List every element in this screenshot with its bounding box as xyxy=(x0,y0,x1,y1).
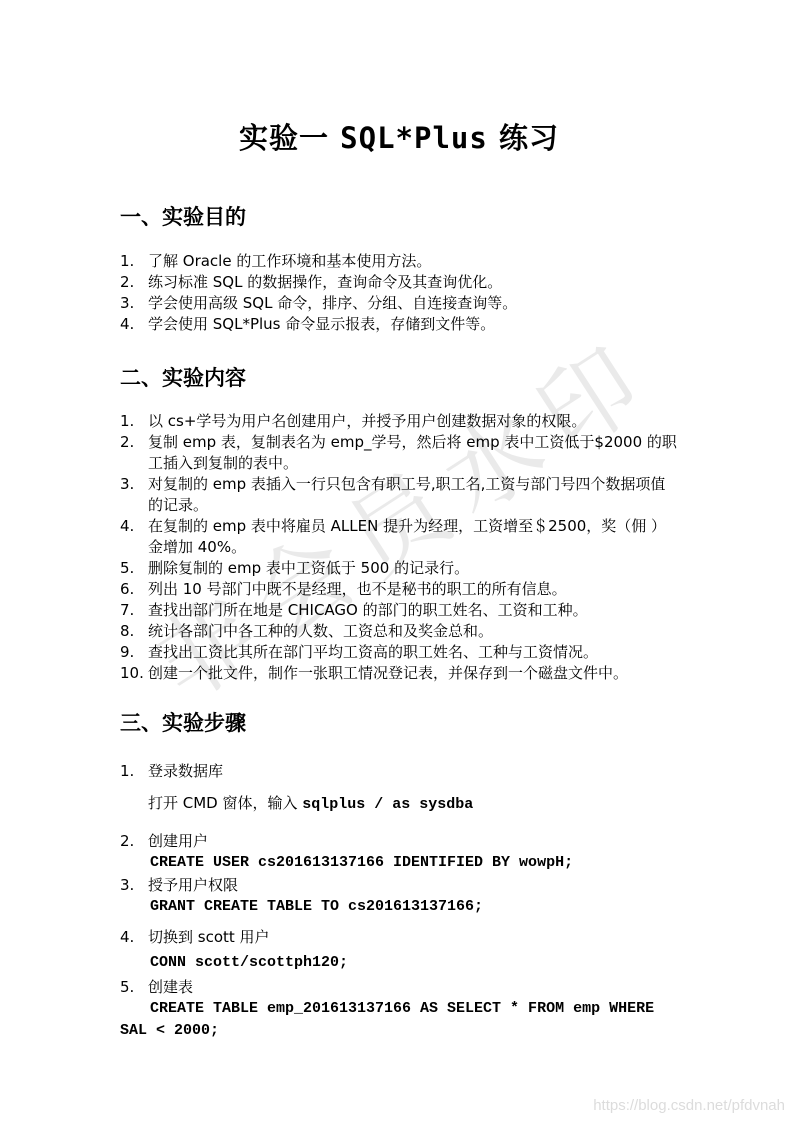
step-title: 授予用户权限 xyxy=(148,874,238,896)
list-item-text: 在复制的 emp 表中将雇员 ALLEN 提升为经理，工资增至＄2500，奖（佣… xyxy=(148,516,678,558)
list-item-number: 1. xyxy=(120,411,148,432)
list-item-number: 2. xyxy=(120,272,148,293)
step-row: 5. 创建表 xyxy=(120,976,678,998)
list-item-number: 10. xyxy=(120,663,148,684)
list-item: 3. 对复制的 emp 表插入一行只包含有职工号,职工名,工资与部门号四个数据项… xyxy=(120,474,678,516)
step-number: 4. xyxy=(120,926,148,948)
step-title: 创建表 xyxy=(148,976,193,998)
title-text-prefix: 实验一 xyxy=(239,121,340,155)
list-item-number: 3. xyxy=(120,293,148,314)
step-number: 2. xyxy=(120,830,148,852)
list-item: 8. 统计各部门中各工种的人数、工资总和及奖金总和。 xyxy=(120,621,678,642)
list-item: 4. 学会使用 SQL*Plus 命令显示报表，存储到文件等。 xyxy=(120,314,678,335)
step-code: GRANT CREATE TABLE TO cs201613137166; xyxy=(120,896,678,918)
list-item: 3. 学会使用高级 SQL 命令，排序、分组、自连接查询等。 xyxy=(120,293,678,314)
list-item: 4. 在复制的 emp 表中将雇员 ALLEN 提升为经理，工资增至＄2500，… xyxy=(120,516,678,558)
step-code: CONN scott/scottph120; xyxy=(120,952,678,974)
list-item-number: 4. xyxy=(120,516,148,558)
list-item-text: 练习标准 SQL 的数据操作，查询命令及其查询优化。 xyxy=(148,272,678,293)
list-item-text: 统计各部门中各工种的人数、工资总和及奖金总和。 xyxy=(148,621,678,642)
list-item-text: 复制 emp 表，复制表名为 emp_学号，然后将 emp 表中工资低于$200… xyxy=(148,432,678,474)
list-item-number: 2. xyxy=(120,432,148,474)
section-heading-purpose: 一、实验目的 xyxy=(120,204,678,230)
step-title: 创建用户 xyxy=(148,830,208,852)
list-item-number: 5. xyxy=(120,558,148,579)
list-item-text: 创建一个批文件，制作一张职工情况登记表，并保存到一个磁盘文件中。 xyxy=(148,663,678,684)
list-item-text: 对复制的 emp 表插入一行只包含有职工号,职工名,工资与部门号四个数据项值的记… xyxy=(148,474,678,516)
url-watermark: https://blog.csdn.net/pfdvnah xyxy=(593,1097,785,1114)
document-page: 非会员水印 实验一 SQL*Plus 练习 一、实验目的 1. 了解 Oracl… xyxy=(0,0,793,1122)
step-code: CREATE TABLE emp_201613137166 AS SELECT … xyxy=(120,998,678,1020)
contents-list: 1. 以 cs+学号为用户名创建用户，并授予用户创建数据对象的权限。 2. 复制… xyxy=(120,411,678,684)
document-content: 实验一 SQL*Plus 练习 一、实验目的 1. 了解 Oracle 的工作环… xyxy=(120,0,678,1042)
step-title: 登录数据库 xyxy=(148,760,223,782)
title-code-text: SQL*Plus xyxy=(340,121,488,155)
list-item-text: 查找出部门所在地是 CHICAGO 的部门的职工姓名、工资和工种。 xyxy=(148,600,678,621)
step-number: 5. xyxy=(120,976,148,998)
step-row: 4. 切换到 scott 用户 xyxy=(120,926,678,948)
list-item: 6. 列出 10 号部门中既不是经理，也不是秘书的职工的所有信息。 xyxy=(120,579,678,600)
list-item: 1. 了解 Oracle 的工作环境和基本使用方法。 xyxy=(120,251,678,272)
list-item-text: 学会使用 SQL*Plus 命令显示报表，存储到文件等。 xyxy=(148,314,678,335)
section-heading-procedure: 三、实验步骤 xyxy=(120,710,678,736)
step-title: 切换到 scott 用户 xyxy=(148,926,270,948)
list-item: 10. 创建一个批文件，制作一张职工情况登记表，并保存到一个磁盘文件中。 xyxy=(120,663,678,684)
step-row: 3. 授予用户权限 xyxy=(120,874,678,896)
title-text-suffix: 练习 xyxy=(488,121,559,155)
list-item-number: 7. xyxy=(120,600,148,621)
step-detail: 打开 CMD 窗体，输入 sqlplus / as sysdba xyxy=(120,792,678,816)
list-item: 2. 复制 emp 表，复制表名为 emp_学号，然后将 emp 表中工资低于$… xyxy=(120,432,678,474)
list-item-text: 删除复制的 emp 表中工资低于 500 的记录行。 xyxy=(148,558,678,579)
list-item-number: 9. xyxy=(120,642,148,663)
list-item: 1. 以 cs+学号为用户名创建用户，并授予用户创建数据对象的权限。 xyxy=(120,411,678,432)
step-row: 2. 创建用户 xyxy=(120,830,678,852)
list-item-text: 列出 10 号部门中既不是经理，也不是秘书的职工的所有信息。 xyxy=(148,579,678,600)
step-code-wrapped-line: SAL < 2000; xyxy=(120,1020,678,1042)
list-item-number: 3. xyxy=(120,474,148,516)
list-item-number: 1. xyxy=(120,251,148,272)
list-item: 5. 删除复制的 emp 表中工资低于 500 的记录行。 xyxy=(120,558,678,579)
list-item: 7. 查找出部门所在地是 CHICAGO 的部门的职工姓名、工资和工种。 xyxy=(120,600,678,621)
list-item: 2. 练习标准 SQL 的数据操作，查询命令及其查询优化。 xyxy=(120,272,678,293)
list-item-number: 6. xyxy=(120,579,148,600)
list-item-text: 了解 Oracle 的工作环境和基本使用方法。 xyxy=(148,251,678,272)
purpose-list: 1. 了解 Oracle 的工作环境和基本使用方法。 2. 练习标准 SQL 的… xyxy=(120,251,678,335)
step-code: CREATE USER cs201613137166 IDENTIFIED BY… xyxy=(120,852,678,874)
list-item-number: 8. xyxy=(120,621,148,642)
procedure-steps: 1. 登录数据库 打开 CMD 窗体，输入 sqlplus / as sysdb… xyxy=(120,760,678,1042)
list-item-number: 4. xyxy=(120,314,148,335)
step-number: 1. xyxy=(120,760,148,782)
list-item-text: 以 cs+学号为用户名创建用户，并授予用户创建数据对象的权限。 xyxy=(148,411,678,432)
step-row: 1. 登录数据库 xyxy=(120,760,678,782)
document-title: 实验一 SQL*Plus 练习 xyxy=(120,118,678,158)
list-item-text: 查找出工资比其所在部门平均工资高的职工姓名、工种与工资情况。 xyxy=(148,642,678,663)
list-item-text: 学会使用高级 SQL 命令，排序、分组、自连接查询等。 xyxy=(148,293,678,314)
list-item: 9. 查找出工资比其所在部门平均工资高的职工姓名、工种与工资情况。 xyxy=(120,642,678,663)
step-number: 3. xyxy=(120,874,148,896)
step-detail-text: 打开 CMD 窗体，输入 xyxy=(148,794,302,812)
section-heading-contents: 二、实验内容 xyxy=(120,365,678,391)
step-detail-code: sqlplus / as sysdba xyxy=(302,796,473,813)
